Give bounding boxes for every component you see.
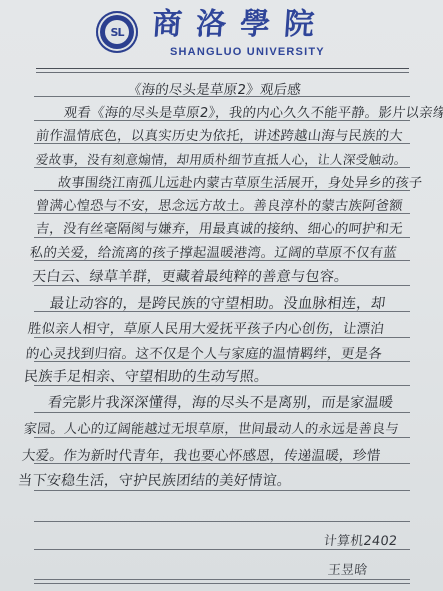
ruled-line (34, 437, 410, 438)
header-divider (36, 72, 409, 73)
ruled-line (34, 337, 410, 338)
ruled-line (34, 412, 410, 413)
ruled-line (34, 521, 410, 522)
ruled-line (34, 237, 410, 238)
university-name-chinese: 商洛學院 (151, 8, 353, 42)
essay-line: 胜似亲人相守，草原人民用大爱抚平孩子内心创伤，让漂泊 (27, 317, 385, 337)
header-divider (36, 68, 409, 69)
essay-line: 看完影片我深深懂得，海的尽头不是离别，而是家温暖 (47, 392, 394, 412)
essay-line: 观看《海的尽头是草原2》，我的内心久久不能平静。影片以亲缘 (63, 102, 443, 121)
ruled-line (34, 583, 410, 584)
essay-line: 民族手足相亲、守望相助的生动写照。 (23, 366, 270, 386)
lined-paper: SL 商洛學院 SHANGLUO UNIVERSITY 《海的尽头是草原2》观后… (0, 0, 443, 591)
essay-line: 故事围绕江南孤儿远赴内蒙古草原生活展开，身处异乡的孩子 (57, 172, 423, 191)
university-logo-icon: SL (96, 11, 138, 53)
ruled-line (34, 490, 410, 491)
ruled-line (34, 549, 410, 550)
essay-line: 的心灵找到归宿。这不仅是个人与家庭的温情羁绊，更是各 (25, 342, 383, 362)
letterhead: SL 商洛學院 SHANGLUO UNIVERSITY (0, 0, 443, 74)
essay-line: 天白云、绿草羊群，更藏着最纯粹的善意与包容。 (31, 266, 350, 286)
essay-line: 前作温情底色，以真实历史为依托，讲述跨越山海与民族的大 (35, 125, 404, 144)
essay-line: 爱故事，没有刻意煽情，却用质朴细节直抵人心，让人深受触动。 (35, 149, 408, 168)
essay-line: 吉，没有丝毫隔阂与嫌弃，用最真诚的接纳、细心的呵护和无 (35, 218, 404, 237)
essay-line: 最让动容的，是跨民族的守望相助。没血脉相连，却 (49, 292, 387, 313)
essay-line: 私的关爱，给流离的孩子撑起温暖港湾。辽阔的草原不仅有蓝 (29, 242, 398, 261)
essay-title: 《海的尽头是草原2》观后感 (127, 78, 302, 98)
essay-line: 曾满心惶恐与不安，思念远方故土。善良淳朴的蒙古族阿爸额 (35, 195, 404, 214)
logo-monogram: SL (105, 20, 129, 44)
essay-line: 当下安稳生活，守护民族团结的美好情谊。 (17, 470, 292, 490)
essay-line: 家园。人心的辽阔能越过无垠草原，世间最动人的永远是善良与 (23, 418, 400, 437)
signature-name: 王昱晗 (327, 559, 369, 578)
university-name-english: SHANGLUO UNIVERSITY (170, 46, 325, 58)
signature-class: 计算机2402 (323, 530, 398, 549)
essay-line: 大爱。作为新时代青年，我也要心怀感恩，传递温暖，珍惜 (21, 444, 382, 464)
ruled-line (34, 579, 410, 580)
